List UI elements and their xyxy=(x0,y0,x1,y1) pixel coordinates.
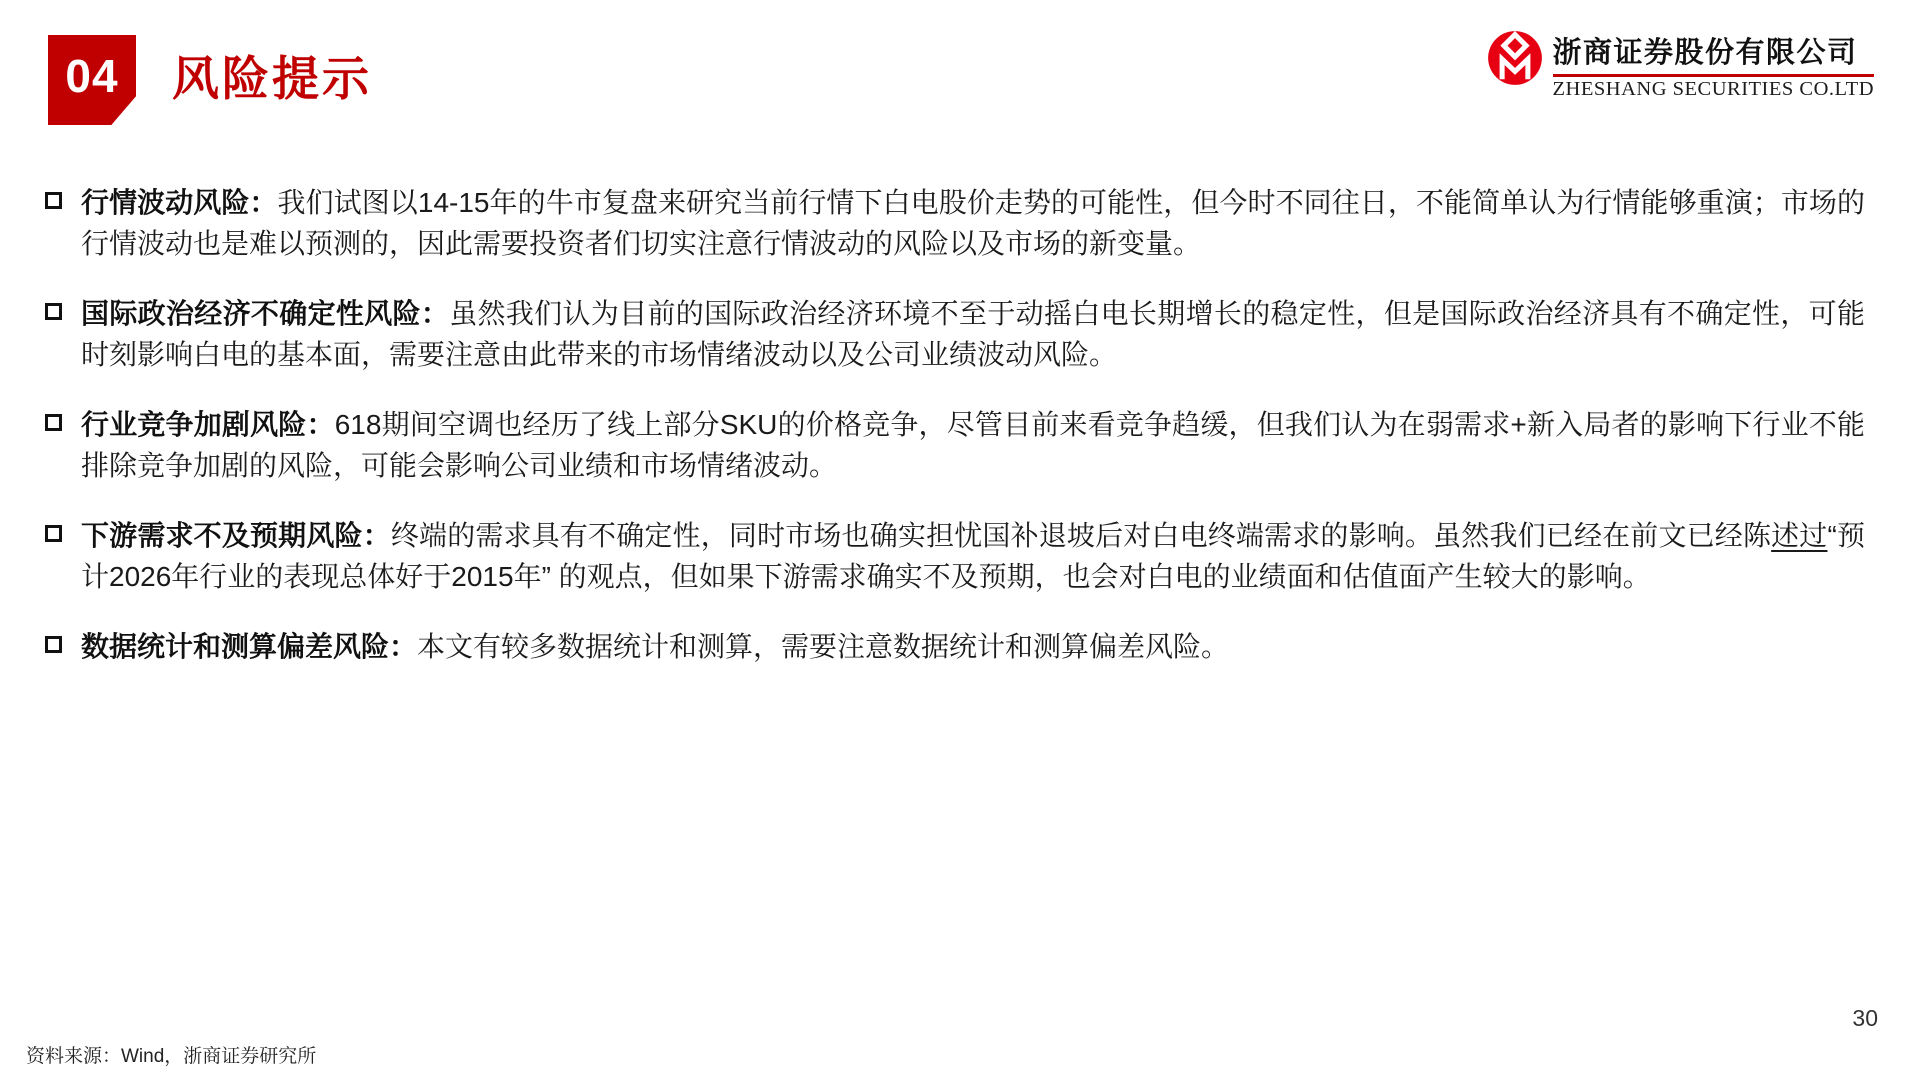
risk-item-text: 我们试图以14-15年的牛市复盘来研究当前行情下白电股价走势的可能性，但今时不同… xyxy=(81,187,1865,259)
risk-list-item: 行情波动风险：我们试图以14-15年的牛市复盘来研究当前行情下白电股价走势的可能… xyxy=(45,182,1865,264)
company-name-cn: 浙商证券股份有限公司 xyxy=(1553,30,1874,77)
risk-item-text: 618期间空调也经历了线上部分SKU的价格竞争，尽管目前来看竞争趋缓，但我们认为… xyxy=(81,409,1865,481)
page-title: 风险提示 xyxy=(172,42,372,109)
risk-item-text: 本文有较多数据统计和测算，需要注意数据统计和测算偏差风险。 xyxy=(417,631,1229,662)
square-bullet-icon xyxy=(45,525,62,542)
square-bullet-icon xyxy=(45,192,62,209)
risk-list-item: 国际政治经济不确定性风险：虽然我们认为目前的国际政治经济环境不至于动摇白电长期增… xyxy=(45,293,1865,375)
chapter-number: 04 xyxy=(65,49,118,103)
risk-list: 行情波动风险：我们试图以14-15年的牛市复盘来研究当前行情下白电股价走势的可能… xyxy=(45,182,1865,696)
risk-item-body: 下游需求不及预期风险：终端的需求具有不确定性，同时市场也确实担忧国补退坡后对白电… xyxy=(81,515,1865,597)
risk-item-label: 下游需求不及预期风险： xyxy=(81,520,391,551)
logo-text: 浙商证券股份有限公司 ZHESHANG SECURITIES CO.LTD xyxy=(1553,30,1874,101)
company-logo: 浙商证券股份有限公司 ZHESHANG SECURITIES CO.LTD xyxy=(1487,30,1874,101)
source-note: 资料来源：Wind，浙商证券研究所 xyxy=(26,1041,316,1068)
risk-item-label: 数据统计和测算偏差风险： xyxy=(81,631,417,662)
slide: 04 风险提示 浙商证券股份有限公司 ZHESHANG SECURITIES C… xyxy=(0,0,1920,1080)
risk-item-body: 行业竞争加剧风险：618期间空调也经历了线上部分SKU的价格竞争，尽管目前来看竞… xyxy=(81,404,1865,486)
company-name-en: ZHESHANG SECURITIES CO.LTD xyxy=(1553,78,1874,101)
risk-list-item: 行业竞争加剧风险：618期间空调也经历了线上部分SKU的价格竞争，尽管目前来看竞… xyxy=(45,404,1865,486)
risk-item-body: 行情波动风险：我们试图以14-15年的牛市复盘来研究当前行情下白电股价走势的可能… xyxy=(81,182,1865,264)
risk-item-body: 国际政治经济不确定性风险：虽然我们认为目前的国际政治经济环境不至于动摇白电长期增… xyxy=(81,293,1865,375)
square-bullet-icon xyxy=(45,414,62,431)
risk-list-item: 下游需求不及预期风险：终端的需求具有不确定性，同时市场也确实担忧国补退坡后对白电… xyxy=(45,515,1865,597)
risk-item-body: 数据统计和测算偏差风险：本文有较多数据统计和测算，需要注意数据统计和测算偏差风险… xyxy=(81,626,1229,667)
square-bullet-icon xyxy=(45,303,62,320)
risk-item-label: 行业竞争加剧风险： xyxy=(81,409,335,440)
risk-list-item: 数据统计和测算偏差风险：本文有较多数据统计和测算，需要注意数据统计和测算偏差风险… xyxy=(45,626,1865,667)
chapter-number-badge: 04 xyxy=(48,35,136,125)
page-number: 30 xyxy=(1852,1005,1878,1032)
risk-item-label: 行情波动风险： xyxy=(81,187,278,218)
logo-mark-icon xyxy=(1487,30,1543,86)
square-bullet-icon xyxy=(45,636,62,653)
risk-item-label: 国际政治经济不确定性风险： xyxy=(81,298,449,329)
